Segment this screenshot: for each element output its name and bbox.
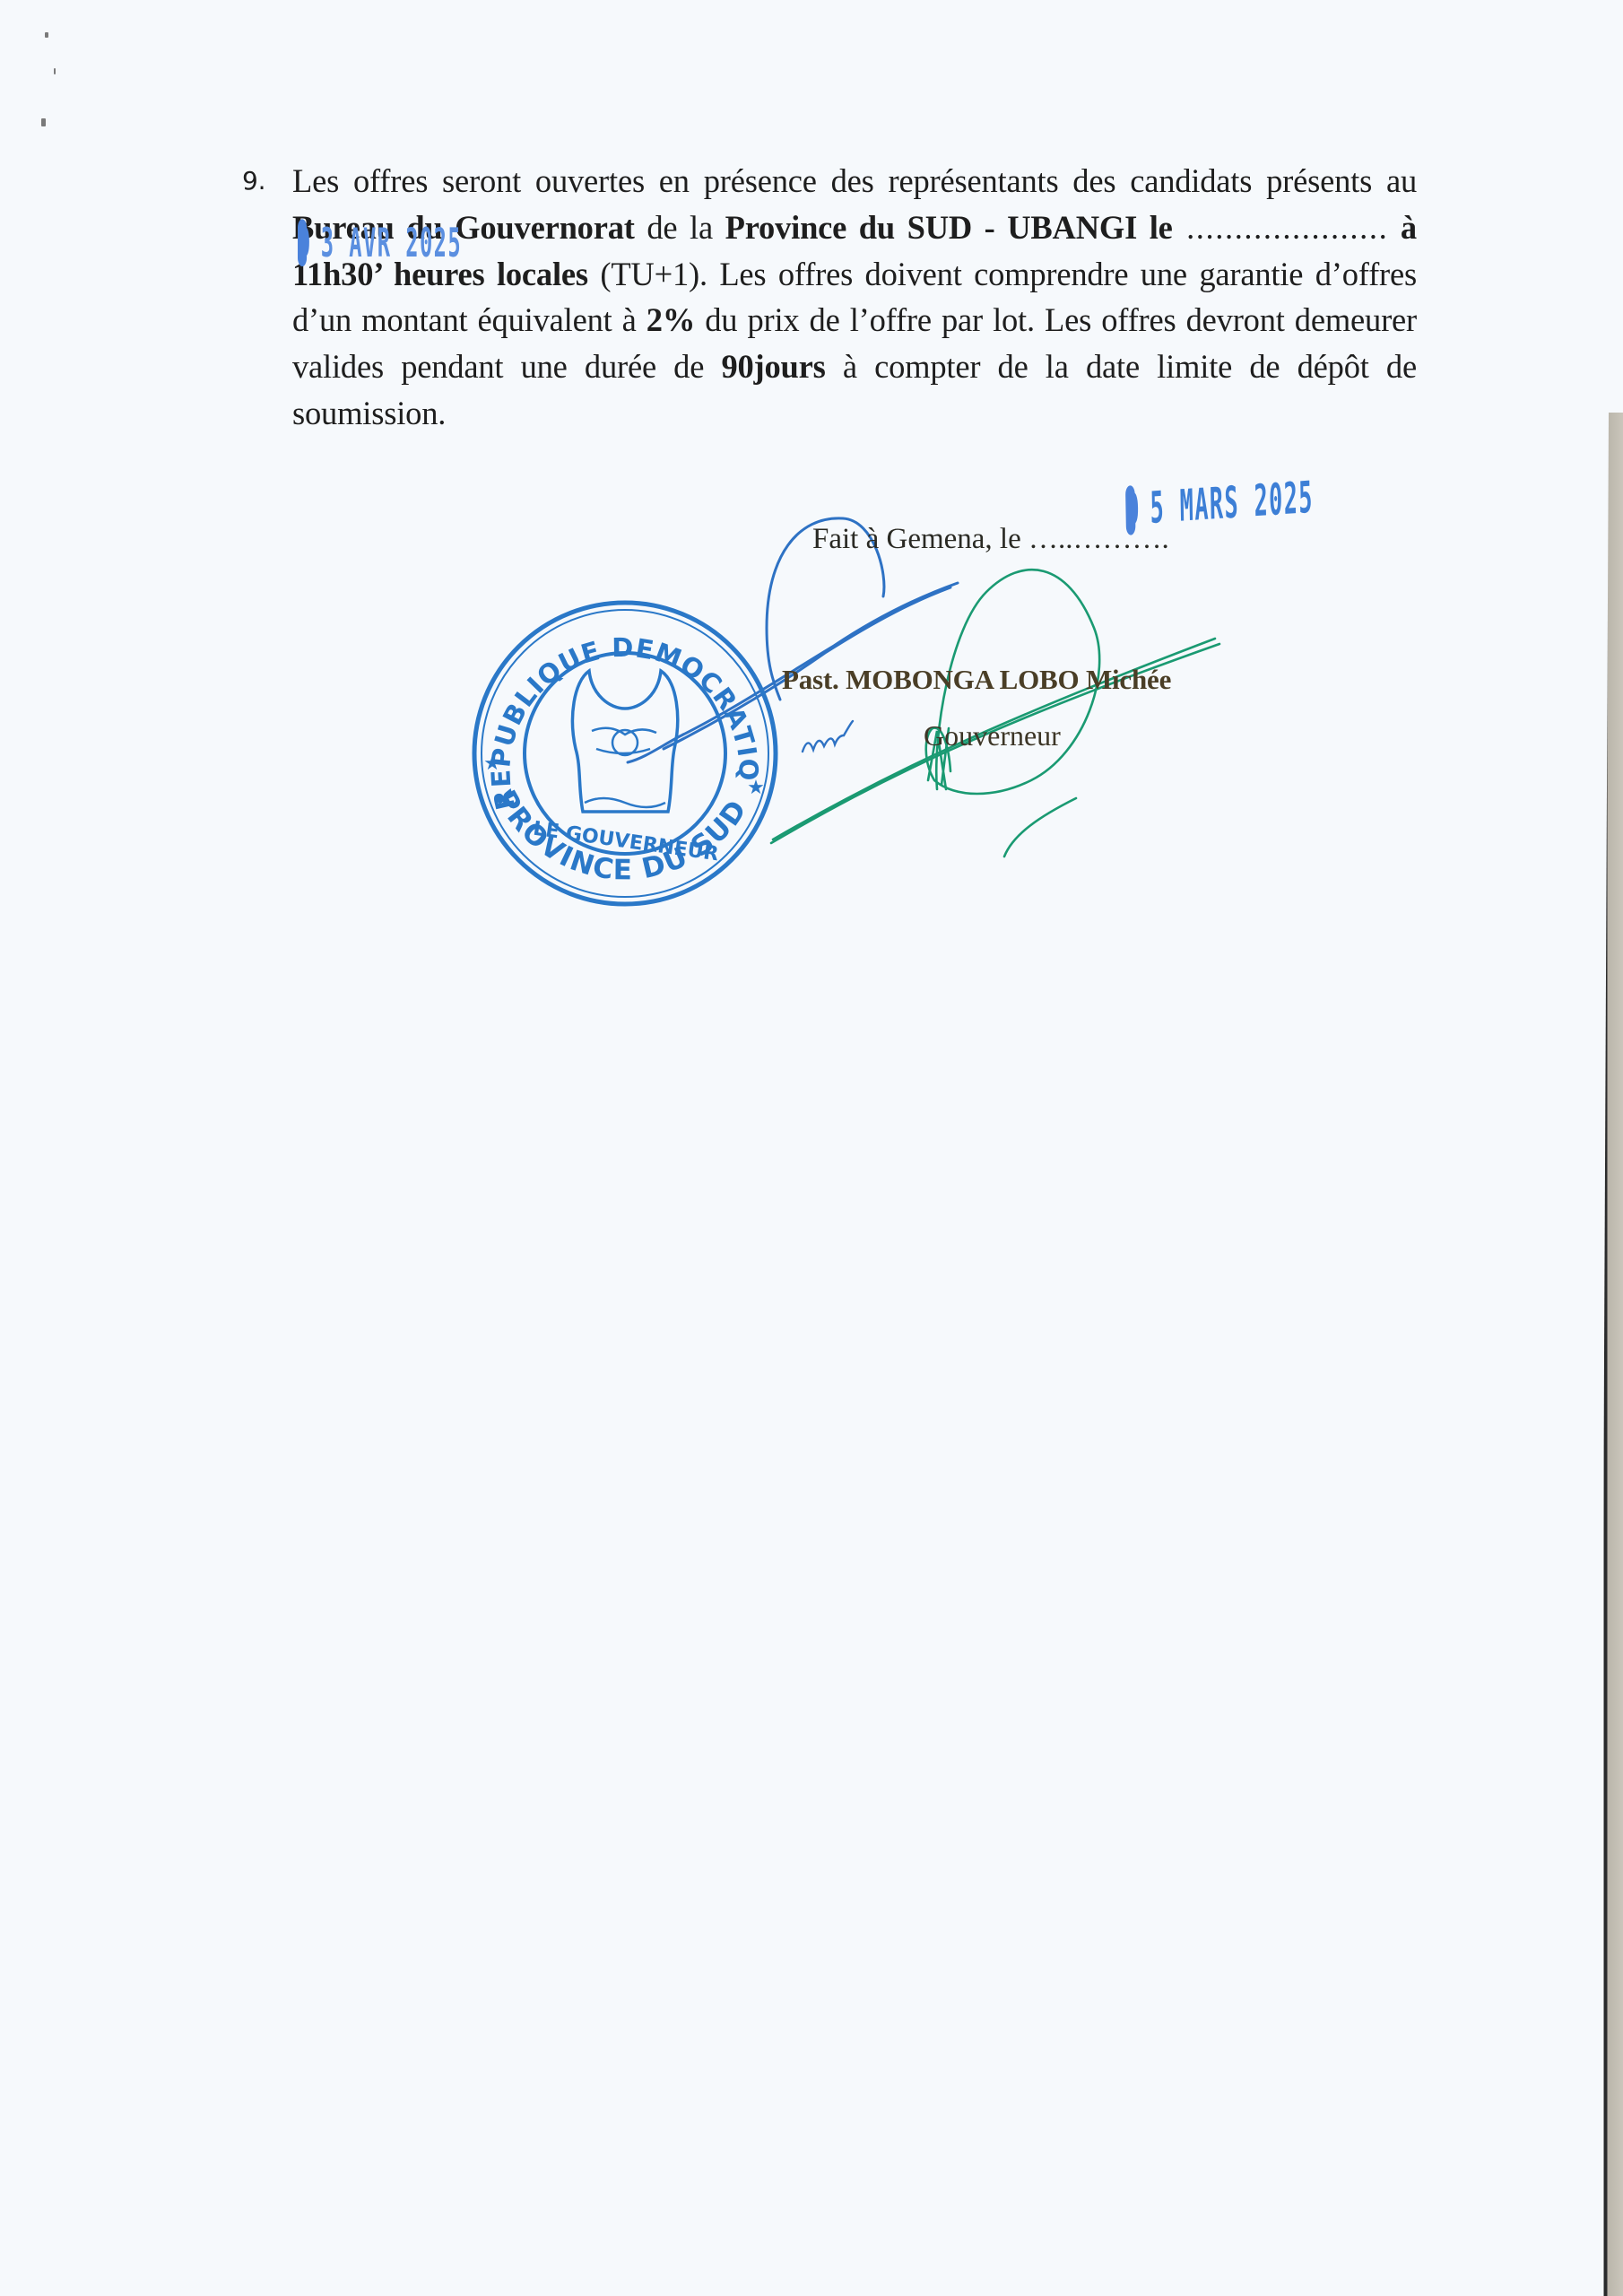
seal-bottom-text: PROVINCE DU SUD - UBANGI [0,0,754,886]
svg-text:REPUBLIQUE DEMOCRATIQUE DU CON: REPUBLIQUE DEMOCRATIQUE DU CONGO [0,0,764,813]
seal-and-signatures: REPUBLIQUE DEMOCRATIQUE DU CONGO PROVINC… [0,0,1623,2296]
svg-text:PROVINCE DU SUD - UBANGI: PROVINCE DU SUD - UBANGI [0,0,754,886]
signatory-name: Past. MOBONGA LOBO Michée [782,664,1171,696]
signatory-title: Gouverneur [924,719,1061,752]
seal-star-right-icon: ★ [747,777,765,799]
green-signature [771,570,1219,857]
place-date-line: Fait à Gemena, le …..………. [812,523,1169,556]
seal-top-text: REPUBLIQUE DEMOCRATIQUE DU CONGO [0,0,764,813]
seal-star-left-icon: ★ [483,752,501,775]
